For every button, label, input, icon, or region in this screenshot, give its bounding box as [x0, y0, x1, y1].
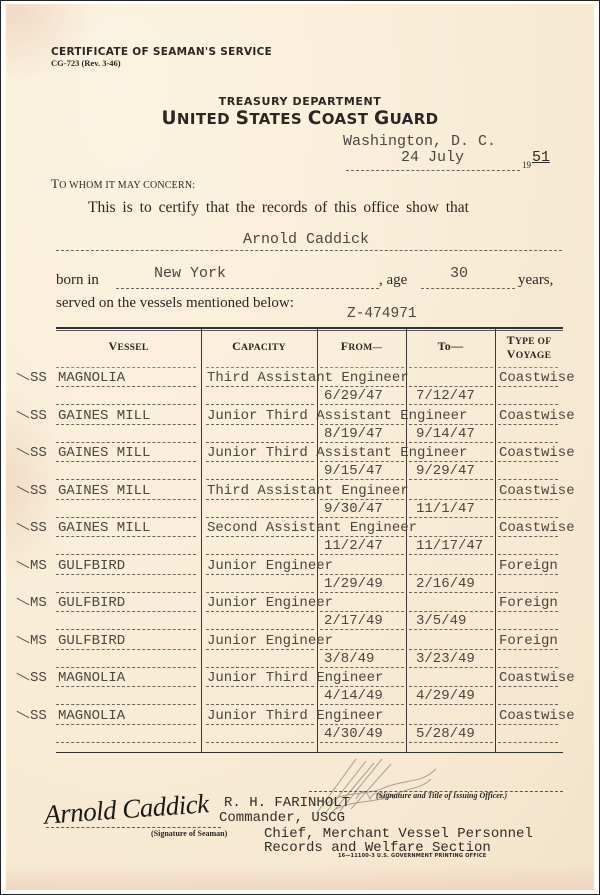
- dotted-line: [498, 461, 558, 462]
- vessel-prefix: SS: [30, 708, 47, 724]
- dotted-line: [56, 536, 196, 537]
- dotted-line: [409, 649, 493, 650]
- dotted-line: [56, 592, 196, 593]
- table-top-rule: [56, 327, 563, 331]
- officer-signature-caption: (Signature and Title of Issuing Officer.…: [376, 791, 507, 800]
- dotted-line: [56, 404, 196, 405]
- to-date: 4/29/49: [416, 688, 475, 704]
- to-date: 3/23/49: [416, 651, 475, 667]
- table-row: SSGAINES MILLJunior Third Assistant Engi…: [56, 444, 563, 482]
- paper-stain: [6, 4, 96, 84]
- dotted-line: [56, 442, 196, 443]
- vessel-name: GULFBIRD: [58, 558, 125, 574]
- vessel-prefix: SS: [30, 670, 47, 686]
- voyage-type: Coastwise: [499, 445, 575, 461]
- born-label: born in: [56, 272, 99, 289]
- dotted-line: [409, 742, 493, 743]
- agency-heading: UNITED STATES COAST GUARD: [6, 108, 594, 129]
- dotted-line: [409, 667, 493, 668]
- dotted-line: [409, 386, 493, 387]
- issue-date: 24 July: [401, 149, 464, 166]
- dotted-line: [498, 536, 558, 537]
- from-date: 3/8/49: [324, 651, 374, 667]
- dotted-line: [56, 629, 196, 630]
- dotted-line: [206, 386, 314, 387]
- from-date: 1/29/49: [324, 576, 383, 592]
- header-vessel: VESSEL: [56, 339, 201, 354]
- to-date: 9/14/47: [416, 426, 475, 442]
- dotted-line: [56, 424, 196, 425]
- officer-name: R. H. FARINHOLT: [224, 795, 350, 811]
- dotted-line: [409, 574, 493, 575]
- dotted-line: [498, 499, 558, 500]
- age-label: , age: [379, 272, 407, 289]
- dotted-line: [56, 724, 196, 725]
- dotted-line: [320, 479, 404, 480]
- dotted-line: [206, 479, 314, 480]
- to-date: 2/16/49: [416, 576, 475, 592]
- name-line: [56, 250, 562, 251]
- voyage-type: Foreign: [499, 558, 558, 574]
- to-date: 5/28/49: [416, 726, 475, 742]
- dotted-line: [56, 574, 196, 575]
- header-underline: [206, 367, 314, 368]
- dotted-line: [56, 649, 196, 650]
- voyage-type: Coastwise: [499, 483, 575, 499]
- seaman-signature: Arnold Caddick: [43, 788, 209, 830]
- dotted-line: [498, 592, 558, 593]
- voyage-type: Coastwise: [499, 370, 575, 386]
- header-underline: [56, 367, 196, 368]
- dotted-line: [56, 704, 196, 705]
- dotted-line: [498, 649, 558, 650]
- dotted-line: [409, 704, 493, 705]
- voyage-type: Coastwise: [499, 408, 575, 424]
- years-label: years,: [518, 272, 553, 289]
- to-date: 11/1/47: [416, 501, 475, 517]
- dotted-line: [498, 404, 558, 405]
- dotted-line: [498, 742, 558, 743]
- dotted-line: [320, 629, 404, 630]
- dotted-line: [409, 424, 493, 425]
- dotted-line: [320, 724, 404, 725]
- dotted-line: [56, 461, 196, 462]
- from-date: 9/30/47: [324, 501, 383, 517]
- capacity: Second Assistant Engineer: [207, 520, 417, 536]
- dotted-line: [409, 442, 493, 443]
- table-row: SSMAGNOLIAJunior Third EngineerCoastwise…: [56, 669, 563, 707]
- z-number: Z-474971: [347, 306, 417, 322]
- check-mark-icon: [17, 710, 30, 717]
- voyage-type: Coastwise: [499, 670, 575, 686]
- dotted-line: [409, 724, 493, 725]
- dotted-line: [56, 611, 196, 612]
- to-date: 11/17/47: [416, 538, 483, 554]
- vessel-prefix: SS: [30, 408, 47, 424]
- dotted-line: [56, 499, 196, 500]
- dotted-line: [498, 479, 558, 480]
- dotted-line: [320, 517, 404, 518]
- dotted-line: [409, 461, 493, 462]
- vessel-prefix: SS: [30, 370, 47, 386]
- certify-statement: This is to certify that the records of t…: [88, 199, 469, 217]
- from-date: 6/29/47: [324, 388, 383, 404]
- voyage-type: Foreign: [499, 595, 558, 611]
- table-row: SSGAINES MILLJunior Third Assistant Engi…: [56, 407, 563, 445]
- dotted-line: [498, 724, 558, 725]
- dotted-line: [320, 461, 404, 462]
- dotted-line: [409, 629, 493, 630]
- check-mark-icon: [17, 373, 30, 380]
- capacity: Junior Third Assistant Engineer: [207, 445, 467, 461]
- dotted-line: [56, 667, 196, 668]
- dotted-line: [320, 574, 404, 575]
- dotted-line: [409, 536, 493, 537]
- voyage-type: Foreign: [499, 633, 558, 649]
- issue-city: Washington, D. C.: [343, 133, 496, 150]
- dotted-line: [409, 499, 493, 500]
- dotted-line: [206, 424, 314, 425]
- dotted-line: [320, 554, 404, 555]
- dotted-line: [206, 536, 314, 537]
- dotted-line: [498, 686, 558, 687]
- dotted-line: [206, 574, 314, 575]
- dotted-line: [320, 667, 404, 668]
- vessel-prefix: SS: [30, 445, 47, 461]
- issue-year: 51: [532, 149, 550, 166]
- dotted-line: [409, 686, 493, 687]
- dotted-line: [206, 517, 314, 518]
- table-row: SSMAGNOLIAJunior Third EngineerCoastwise…: [56, 707, 563, 745]
- dotted-line: [56, 742, 196, 743]
- voyage-type: Coastwise: [499, 708, 575, 724]
- table-row: MSGULFBIRDJunior EngineerForeign1/29/492…: [56, 557, 563, 595]
- check-mark-icon: [17, 673, 30, 680]
- dotted-line: [320, 404, 404, 405]
- vessel-prefix: MS: [30, 595, 47, 611]
- check-mark-icon: [17, 598, 30, 605]
- capacity: Junior Third Engineer: [207, 670, 383, 686]
- header-type-of-voyage: TYPE OFVOYAGE: [495, 334, 563, 362]
- dotted-line: [320, 742, 404, 743]
- dotted-line: [206, 649, 314, 650]
- capacity: Junior Engineer: [207, 633, 333, 649]
- dotted-line: [498, 424, 558, 425]
- dotted-line: [206, 442, 314, 443]
- from-date: 11/2/47: [324, 538, 383, 554]
- dotted-line: [56, 479, 196, 480]
- vessel-prefix: MS: [30, 633, 47, 649]
- header-underline: [409, 367, 493, 368]
- paper-stain: [6, 865, 594, 890]
- dotted-line: [320, 442, 404, 443]
- dotted-line: [409, 592, 493, 593]
- seaman-name: Arnold Caddick: [6, 231, 594, 248]
- dotted-line: [206, 704, 314, 705]
- dotted-line: [206, 611, 314, 612]
- to-date: 7/12/47: [416, 388, 475, 404]
- dotted-line: [56, 554, 196, 555]
- dotted-line: [320, 704, 404, 705]
- from-date: 4/30/49: [324, 726, 383, 742]
- capacity: Third Assistant Engineer: [207, 370, 409, 386]
- table-row: MSGULFBIRDJunior EngineerForeign2/17/493…: [56, 594, 563, 632]
- capacity: Third Assistant Engineer: [207, 483, 409, 499]
- served-label: served on the vessels mentioned below:: [56, 295, 294, 312]
- officer-rank: Commander, USCG: [219, 810, 345, 826]
- dotted-line: [320, 592, 404, 593]
- table-row: SSGAINES MILLSecond Assistant EngineerCo…: [56, 519, 563, 557]
- birthplace-line: [116, 288, 379, 289]
- dotted-line: [206, 742, 314, 743]
- age-value: 30: [450, 265, 468, 282]
- vessel-name: MAGNOLIA: [58, 670, 125, 686]
- header-underline: [320, 367, 404, 368]
- vessel-name: GAINES MILL: [58, 483, 150, 499]
- dotted-line: [498, 611, 558, 612]
- from-date: 8/19/47: [324, 426, 383, 442]
- vessel-name: GULFBIRD: [58, 633, 125, 649]
- capacity: Junior Third Assistant Engineer: [207, 408, 467, 424]
- dotted-line: [206, 667, 314, 668]
- capacity: Junior Engineer: [207, 558, 333, 574]
- certificate-document: CERTIFICATE OF SEAMAN'S SERVICE CG-723 (…: [6, 4, 594, 890]
- vessel-prefix: SS: [30, 520, 47, 536]
- form-number: CG-723 (Rev. 3-46): [51, 58, 121, 68]
- vessel-name: GAINES MILL: [58, 408, 150, 424]
- vessel-name: MAGNOLIA: [58, 708, 125, 724]
- dotted-line: [320, 386, 404, 387]
- from-date: 4/14/49: [324, 688, 383, 704]
- department-heading: TREASURY DEPARTMENT: [6, 95, 594, 108]
- dotted-line: [409, 479, 493, 480]
- dotted-line: [320, 536, 404, 537]
- dotted-line: [498, 704, 558, 705]
- printer-imprint: 16—11100-3 U.S. GOVERNMENT PRINTING OFFI…: [338, 853, 486, 859]
- vessel-name: MAGNOLIA: [58, 370, 125, 386]
- to-date: 3/5/49: [416, 613, 466, 629]
- header-capacity: CAPACITY: [201, 339, 317, 354]
- dotted-line: [320, 499, 404, 500]
- seaman-signature-caption: (Signature of Seaman): [151, 829, 227, 838]
- vessel-name: GULFBIRD: [58, 595, 125, 611]
- birthplace: New York: [154, 265, 226, 282]
- dotted-line: [498, 442, 558, 443]
- dotted-line: [56, 686, 196, 687]
- header-to: To—: [406, 339, 495, 354]
- dotted-line: [409, 517, 493, 518]
- voyage-type: Coastwise: [499, 520, 575, 536]
- salutation: TO WHOM IT MAY CONCERN:: [51, 176, 195, 192]
- dotted-line: [320, 424, 404, 425]
- form-title: CERTIFICATE OF SEAMAN'S SERVICE: [51, 46, 272, 58]
- dotted-line: [409, 554, 493, 555]
- dotted-line: [498, 574, 558, 575]
- dotted-line: [498, 554, 558, 555]
- header-from: FROM—: [317, 339, 406, 354]
- vessel-prefix: MS: [30, 558, 47, 574]
- from-date: 2/17/49: [324, 613, 383, 629]
- dotted-line: [498, 517, 558, 518]
- check-mark-icon: [17, 635, 30, 642]
- dotted-line: [409, 611, 493, 612]
- capacity: Junior Engineer: [207, 595, 333, 611]
- to-date: 9/29/47: [416, 463, 475, 479]
- capacity: Junior Third Engineer: [207, 708, 383, 724]
- from-date: 9/15/47: [324, 463, 383, 479]
- dotted-line: [320, 649, 404, 650]
- dotted-line: [206, 404, 314, 405]
- header-underline: [498, 367, 558, 368]
- dotted-line: [206, 554, 314, 555]
- dotted-line: [206, 629, 314, 630]
- table-row: SSGAINES MILLThird Assistant EngineerCoa…: [56, 482, 563, 520]
- dotted-line: [56, 386, 196, 387]
- dotted-line: [498, 629, 558, 630]
- dotted-line: [56, 517, 196, 518]
- screenshot-frame: CERTIFICATE OF SEAMAN'S SERVICE CG-723 (…: [0, 0, 600, 895]
- table-row: SSMAGNOLIAThird Assistant EngineerCoastw…: [56, 369, 563, 407]
- dotted-line: [206, 592, 314, 593]
- dotted-line: [409, 404, 493, 405]
- dotted-line: [320, 611, 404, 612]
- vessel-name: GAINES MILL: [58, 445, 150, 461]
- service-table: VESSEL CAPACITY FROM— To— TYPE OFVOYAGE …: [56, 327, 563, 754]
- dotted-line: [206, 724, 314, 725]
- vessel-name: GAINES MILL: [58, 520, 150, 536]
- dotted-line: [206, 499, 314, 500]
- dotted-line: [206, 461, 314, 462]
- vessel-prefix: SS: [30, 483, 47, 499]
- age-line: [421, 288, 515, 289]
- issue-year-century: 19: [522, 160, 531, 170]
- table-row: MSGULFBIRDJunior EngineerForeign3/8/493/…: [56, 632, 563, 670]
- dotted-line: [498, 667, 558, 668]
- dotted-line: [206, 686, 314, 687]
- dotted-line: [498, 386, 558, 387]
- dotted-line: [320, 686, 404, 687]
